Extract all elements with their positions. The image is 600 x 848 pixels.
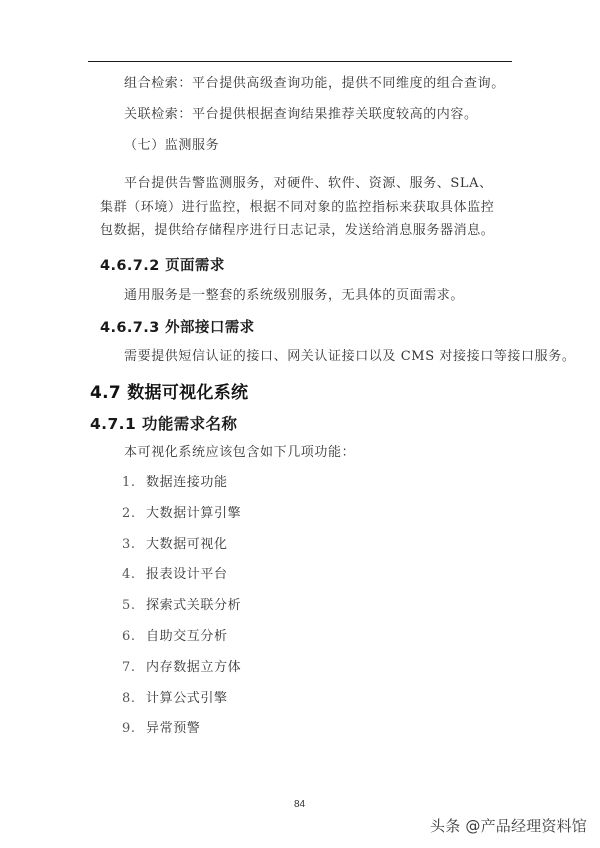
list-item-label: 报表设计平台 xyxy=(146,567,228,582)
list-item-number: 8. xyxy=(122,689,146,709)
watermark: 头条 @产品经理资料馆 xyxy=(430,815,587,836)
page-number: 84 xyxy=(294,799,305,810)
list-item: 5.探索式关联分析 xyxy=(122,596,241,627)
paragraph-4672-body: 通用服务是一整套的系统级别服务，无具体的页面需求。 xyxy=(124,286,464,306)
list-item-label: 数据连接功能 xyxy=(146,475,228,490)
list-item-label: 大数据计算引擎 xyxy=(146,506,241,521)
list-item: 6.自助交互分析 xyxy=(122,627,241,658)
list-item: 3.大数据可视化 xyxy=(122,535,241,566)
heading-4672: 4.6.7.2 页面需求 xyxy=(100,254,225,275)
list-item: 4.报表设计平台 xyxy=(122,565,241,596)
list-item-label: 自助交互分析 xyxy=(146,629,228,644)
heading-471: 4.7.1 功能需求名称 xyxy=(90,412,237,434)
list-item-number: 2. xyxy=(122,504,146,524)
feature-list: 1.数据连接功能 2.大数据计算引擎 3.大数据可视化 4.报表设计平台 5.探… xyxy=(122,473,241,750)
paragraph-monitoring-title: （七）监测服务 xyxy=(124,136,219,156)
heading-4673: 4.6.7.3 外部接口需求 xyxy=(100,316,255,337)
list-item-label: 计算公式引擎 xyxy=(146,691,228,706)
list-item-number: 1. xyxy=(122,473,146,493)
list-item-number: 5. xyxy=(122,596,146,616)
list-item-label: 探索式关联分析 xyxy=(146,598,241,613)
paragraph-combined-search: 组合检索：平台提供高级查询功能，提供不同维度的组合查询。 xyxy=(124,74,505,94)
list-item: 2.大数据计算引擎 xyxy=(122,504,241,535)
list-item: 8.计算公式引擎 xyxy=(122,689,241,720)
list-item-number: 6. xyxy=(122,627,146,647)
list-item-number: 3. xyxy=(122,535,146,555)
list-item: 7.内存数据立方体 xyxy=(122,658,241,689)
list-item-label: 异常预警 xyxy=(146,721,200,736)
header-rule xyxy=(88,61,512,62)
list-item-number: 9. xyxy=(122,719,146,739)
paragraph-471-intro: 本可视化系统应该包含如下几项功能： xyxy=(124,443,355,463)
list-item: 9.异常预警 xyxy=(122,719,241,750)
paragraph-related-search: 关联检索：平台提供根据查询结果推荐关联度较高的内容。 xyxy=(124,105,478,125)
list-item-number: 4. xyxy=(122,565,146,585)
list-item: 1.数据连接功能 xyxy=(122,473,241,504)
paragraph-monitoring-body: 平台提供告警监测服务，对硬件、软件、资源、服务、SLA、集群（环境）进行监控，根… xyxy=(100,172,500,243)
list-item-number: 7. xyxy=(122,658,146,678)
list-item-label: 内存数据立方体 xyxy=(146,660,241,675)
heading-47: 4.7 数据可视化系统 xyxy=(90,378,248,403)
paragraph-4673-body: 需要提供短信认证的接口、网关认证接口以及 CMS 对接接口等接口服务。 xyxy=(124,347,575,367)
list-item-label: 大数据可视化 xyxy=(146,537,228,552)
